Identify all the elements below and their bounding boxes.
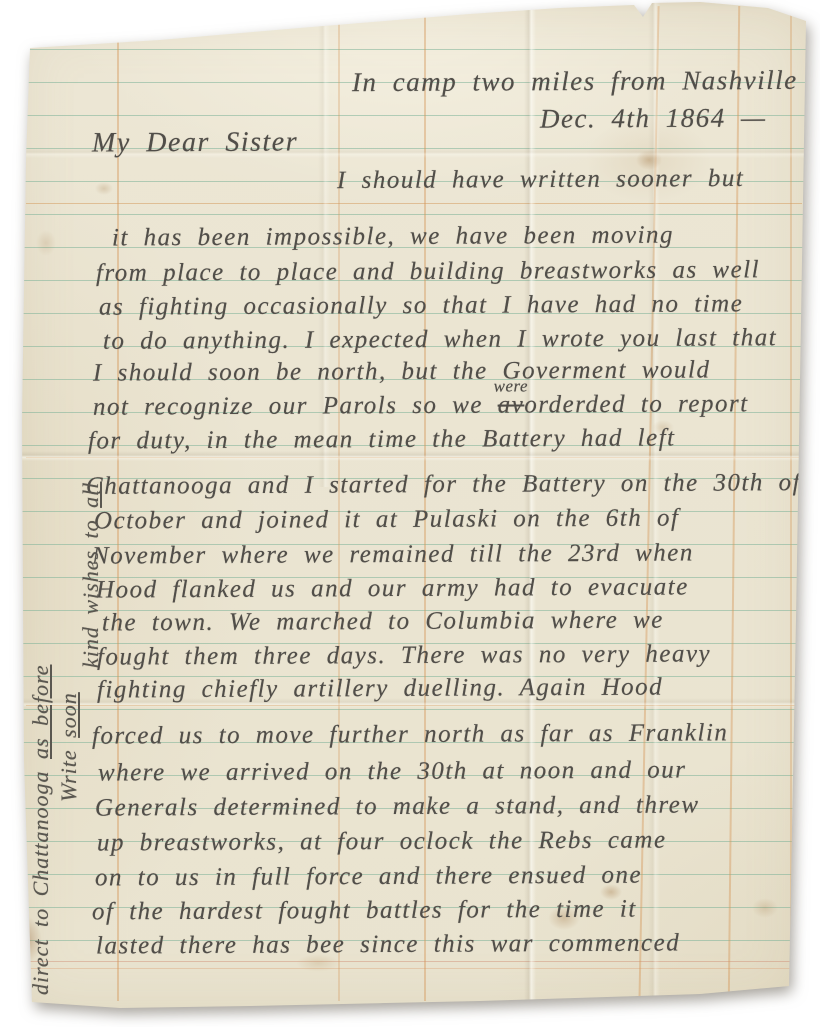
letter-body-line: as fighting occasionally so that I have … [99, 289, 743, 322]
letter-body-line: Hood flanked us and our army had to evac… [96, 572, 689, 605]
letter-opening-line: I should have written sooner but [337, 164, 744, 196]
margin-note-text: kind wishes to [78, 508, 103, 668]
letter-body-line: lasted there has bee since this war comm… [96, 928, 680, 961]
stain [36, 230, 56, 256]
letter-body-line-with-insert: not recognize our Parols so we wereavord… [93, 389, 749, 422]
letter-body-line: to do anything. I expected when I wrote … [103, 323, 777, 357]
letter-body-line: for duty, in the mean time the Battery h… [88, 423, 676, 456]
footer-rule [26, 968, 802, 969]
margin-note-write-soon: Write soon [56, 692, 82, 802]
letter-body-line: November where we remained till the 23rd… [92, 538, 694, 571]
letter-body-line: I should soon be north, but the Govermen… [93, 355, 711, 388]
letter-body-line: from place to place and building breastw… [96, 255, 760, 288]
letter-dateline-place: In camp two miles from Nashville [352, 65, 798, 97]
letter-body-line: of the hardest fought battles for the ti… [92, 895, 637, 928]
insertion-mark: wereav [498, 390, 525, 420]
letter-body-line: fighting chiefly artillery duelling. Aga… [97, 673, 663, 706]
margin-note-underlined: all [78, 482, 103, 508]
stain [95, 182, 113, 195]
letter-body-line: Chattanooga and I started for the Batter… [86, 468, 801, 502]
inserted-word: were [494, 371, 529, 401]
letter-body-line: it has been impossible, we have been mov… [112, 221, 674, 254]
letter-body-line: the town. We marched to Columbia where w… [102, 606, 664, 639]
margin-note-underlined: as before [28, 665, 53, 759]
margin-note-kind-wishes: kind wishes to all [78, 482, 104, 668]
stain [752, 898, 778, 918]
section-rule [26, 203, 802, 204]
letter-body-line: Generals determined to make a stand, and… [95, 790, 700, 823]
margin-note-text: Write [56, 738, 81, 802]
letter-body-line: where we arrived on the 30th at noon and… [98, 755, 687, 788]
letter-body-line: fought them three days. There was no ver… [97, 639, 711, 672]
body-text: not recognize our Parols so we [93, 392, 498, 421]
margin-note-underlined: soon [56, 692, 81, 738]
letter-body-line: up breastworks, at four oclock the Rebs … [97, 826, 667, 859]
letter-salutation: My Dear Sister [92, 127, 298, 158]
letter-body-line: forced us to move further north as far a… [92, 718, 729, 751]
scanned-letter-page: In camp two miles from Nashville Dec. 4t… [0, 0, 820, 1027]
margin-note-text: direct to Chattanooga [28, 759, 53, 995]
letter-dateline-date: Dec. 4th 1864 — [540, 102, 767, 133]
paper-shadow: In camp two miles from Nashville Dec. 4t… [0, 0, 820, 1027]
letter-paper: In camp two miles from Nashville Dec. 4t… [0, 0, 820, 1027]
body-text: orderded to report [524, 390, 748, 418]
margin-note-direct: direct to Chattanooga as before [28, 665, 54, 995]
letter-body-line: October and joined it at Pulaski on the … [94, 503, 680, 536]
letter-body-line: on to us in full force and there ensued … [95, 861, 642, 894]
